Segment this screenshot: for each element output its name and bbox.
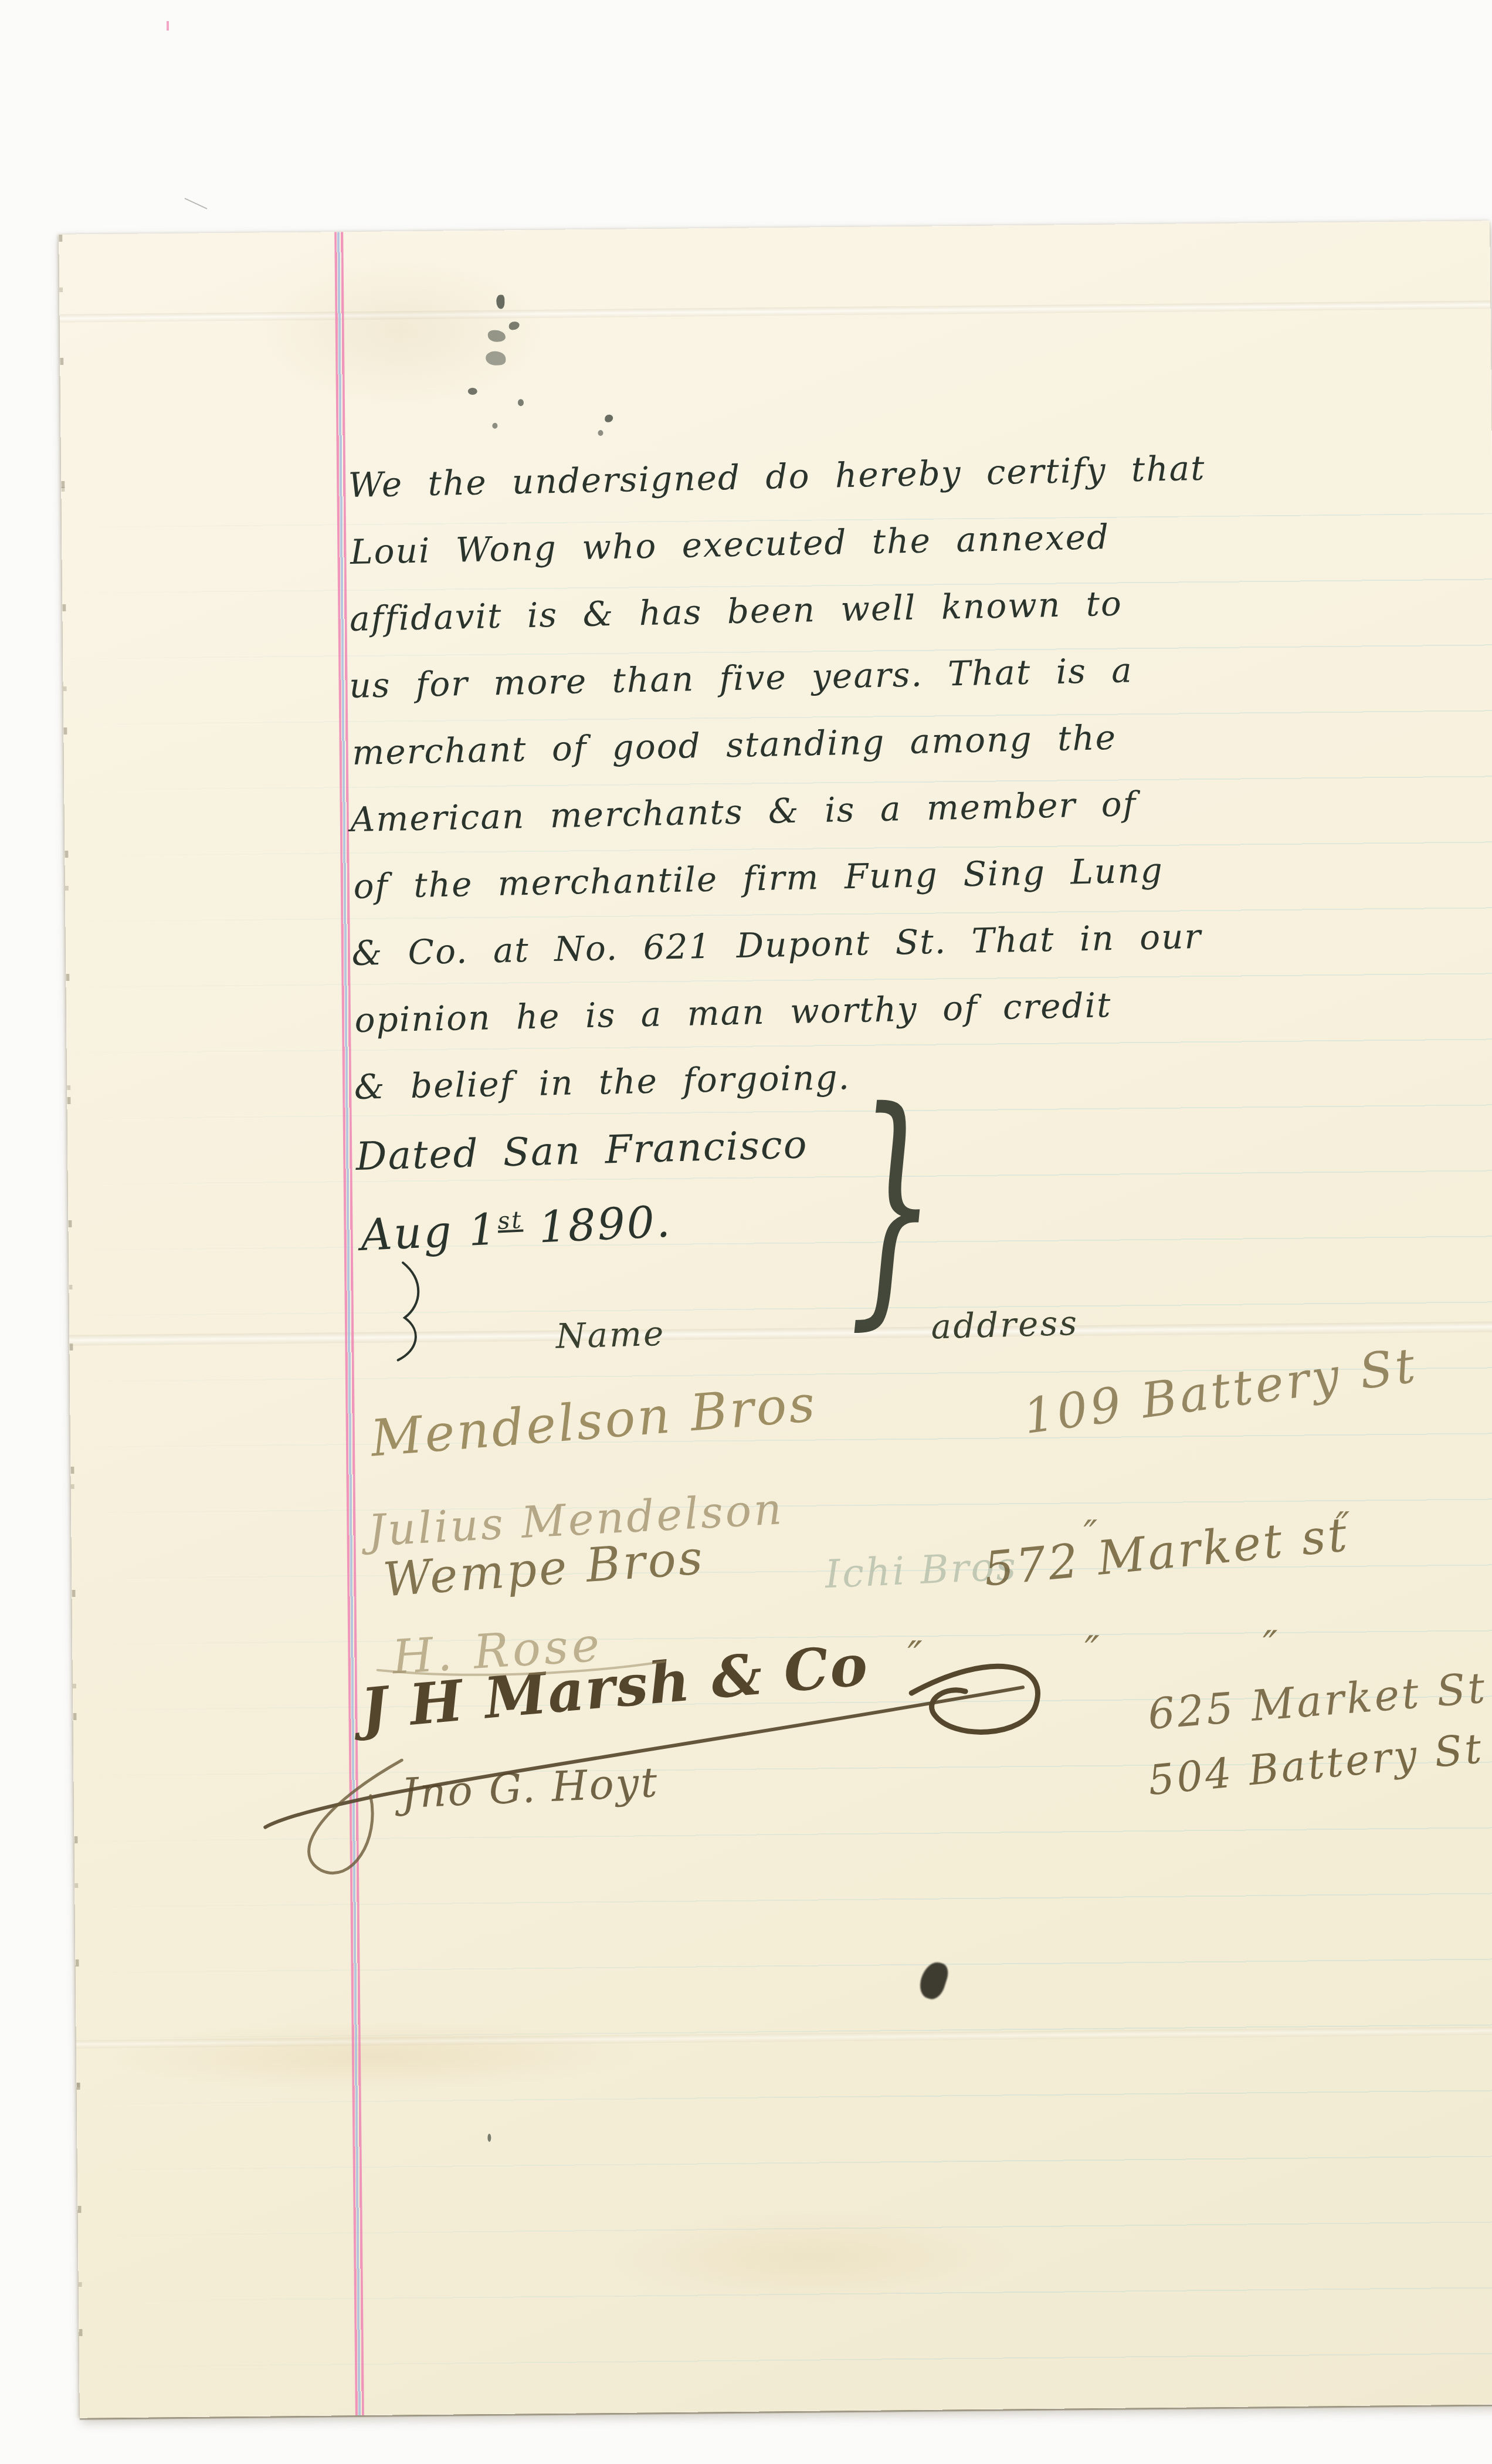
ink-spatter — [486, 351, 506, 365]
ditto-mark: ″ — [1084, 1628, 1100, 1674]
ink-spatter — [598, 430, 603, 436]
address-column-header: address — [931, 1303, 1079, 1347]
scanner-scratch — [185, 198, 208, 209]
date-ordinal: st — [497, 1206, 523, 1235]
paper: We the undersigned do hereby certify tha… — [59, 221, 1492, 2418]
ink-spatter — [468, 388, 477, 395]
ditto-mark: ″ — [907, 1633, 923, 1680]
scanner-pink-fleck — [167, 21, 169, 31]
scanned-document-page: { "document_type": "handwritten certific… — [0, 0, 1492, 2464]
body-line: We the undersigned do hereby certify tha… — [348, 448, 1206, 505]
ink-spatter — [492, 423, 497, 429]
ditto-mark: ″ — [1263, 1623, 1278, 1669]
closing-brace: } — [847, 1078, 938, 1331]
ink-spatter — [518, 399, 524, 406]
ink-spatter — [605, 415, 613, 422]
ink-fleck — [487, 2134, 491, 2142]
date-year: 1890. — [522, 1196, 673, 1253]
name-column-header: Name — [555, 1314, 666, 1356]
paper-stain — [253, 253, 547, 409]
ink-spatter — [496, 295, 504, 309]
date-prefix: Aug 1 — [360, 1204, 499, 1261]
